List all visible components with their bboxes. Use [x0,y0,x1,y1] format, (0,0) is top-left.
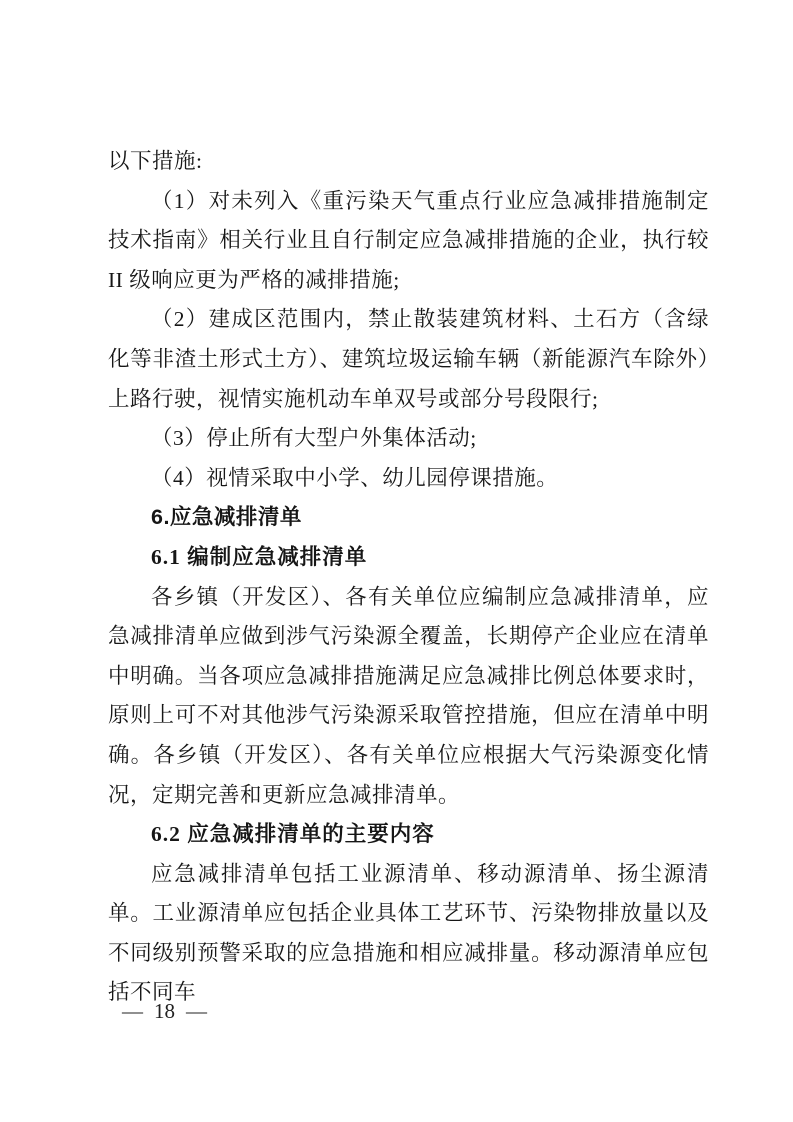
subsection-heading-6-1: 6.1 编制应急减排清单 [108,538,709,578]
page-footer: — 18 — [122,998,207,1024]
list-item-1: （1）对未列入《重污染天气重点行业应急减排措施制定技术指南》相关行业且自行制定应… [108,182,709,301]
section-heading-6: 6.应急减排清单 [108,498,709,538]
list-item-2: （2）建成区范围内，禁止散装建筑材料、土石方（含绿化等非渣土形式土方）、建筑垃圾… [108,300,709,419]
page-number: 18 [154,998,175,1024]
document-page: 以下措施: （1）对未列入《重污染天气重点行业应急减排措施制定技术指南》相关行业… [0,0,793,1122]
paragraph-continued: 以下措施: [108,142,709,182]
footer-dash-right: — [186,998,207,1024]
document-body: 以下措施: （1）对未列入《重污染天气重点行业应急减排措施制定技术指南》相关行业… [108,142,709,1013]
subsection-heading-6-2: 6.2 应急减排清单的主要内容 [108,815,709,855]
footer-dash-left: — [122,998,143,1024]
list-item-4: （4）视情采取中小学、幼儿园停课措施。 [108,459,709,499]
paragraph-6-2-body: 应急减排清单包括工业源清单、移动源清单、扬尘源清单。工业源清单应包括企业具体工艺… [108,855,709,1013]
list-item-3: （3）停止所有大型户外集体活动; [108,419,709,459]
paragraph-6-1-body: 各乡镇（开发区）、各有关单位应编制应急减排清单，应急减排清单应做到涉气污染源全覆… [108,578,709,816]
